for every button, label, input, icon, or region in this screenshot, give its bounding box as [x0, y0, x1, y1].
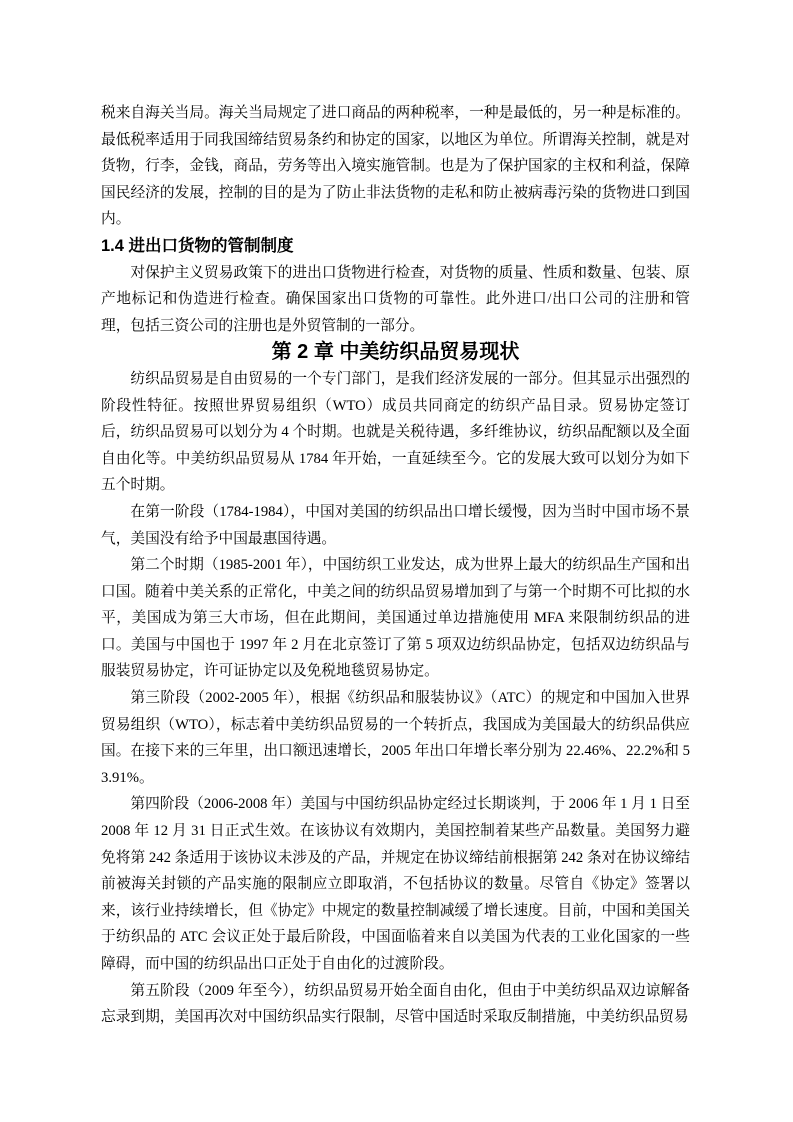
- chapter-2-title: 第 2 章 中美纺织品贸易现状: [101, 339, 690, 366]
- document-page: 税来自海关当局。海关当局规定了进口商品的两种税率，一种是最低的，另一种是标准的。…: [0, 0, 793, 1122]
- paragraph-customs-tariff-continuation: 税来自海关当局。海关当局规定了进口商品的两种税率，一种是最低的，另一种是标准的。…: [101, 100, 690, 233]
- paragraph-export-inspection: 对保护主义贸易政策下的进出口货物进行检查，对货物的质量、性质和数量、包装、原产地…: [101, 260, 690, 340]
- paragraph-textile-trade-intro: 纺织品贸易是自由贸易的一个专门部门，是我们经济发展的一部分。但其显示出强烈的阶段…: [101, 366, 690, 499]
- paragraph-stage-5: 第五阶段（2009 年至今），纺织品贸易开始全面自由化，但由于中美纺织品双边谅解…: [101, 978, 690, 1031]
- paragraph-stage-1: 在第一阶段（1784-1984），中国对美国的纺织品出口增长缓慢，因为当时中国市…: [101, 499, 690, 552]
- paragraph-stage-3: 第三阶段（2002-2005 年），根据《纺织品和服装协议》（ATC）的规定和中…: [101, 685, 690, 791]
- paragraph-stage-4: 第四阶段（2006-2008 年）美国与中国纺织品协定经过长期谈判，于 2006…: [101, 791, 690, 977]
- paragraph-stage-2: 第二个时期（1985-2001 年），中国纺织工业发达，成为世界上最大的纺织品生…: [101, 552, 690, 685]
- section-heading-1-4: 1.4 进出口货物的管制制度: [101, 233, 690, 260]
- page-content: 税来自海关当局。海关当局规定了进口商品的两种税率，一种是最低的，另一种是标准的。…: [101, 100, 690, 1031]
